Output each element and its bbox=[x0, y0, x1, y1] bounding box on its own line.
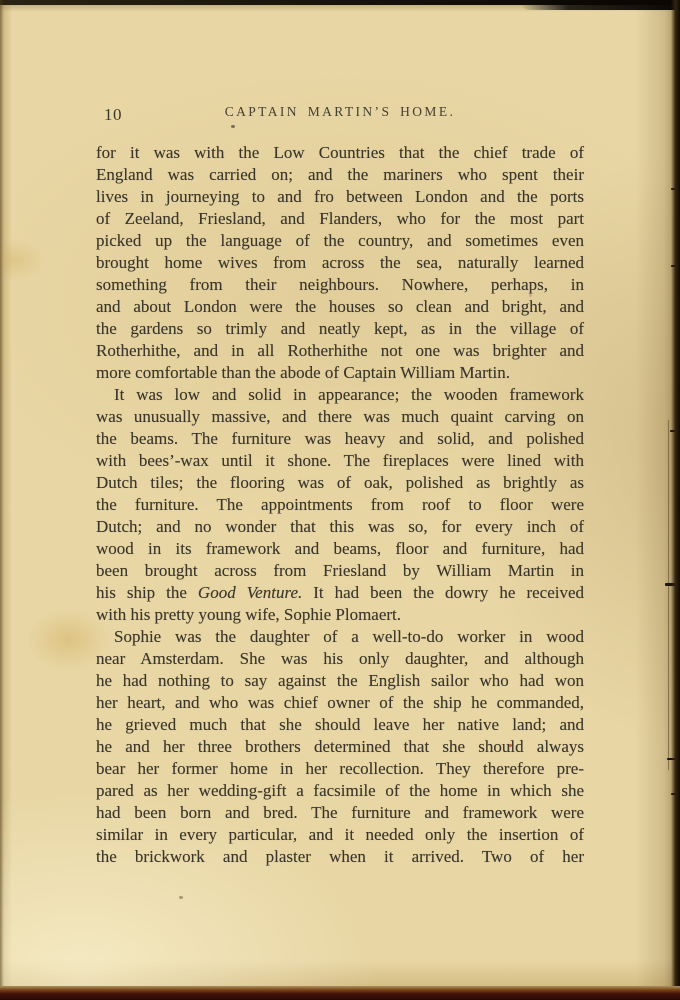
paper-speck bbox=[179, 896, 183, 899]
text-line: bear her former home in her recollection… bbox=[96, 758, 584, 780]
text-line: lives in journeying to and fro between L… bbox=[96, 186, 584, 208]
text-line: near Amsterdam. She was his only daughte… bbox=[96, 648, 584, 670]
text-line: Dutch; and no wonder that this was so, f… bbox=[96, 516, 584, 538]
text-line: It was low and solid in appearance; the … bbox=[96, 384, 584, 406]
text-line: Rotherhithe, and in all Rotherhithe not … bbox=[96, 340, 584, 362]
text-line: brought home wives from across the sea, … bbox=[96, 252, 584, 274]
text-line: he and her three brothers determined tha… bbox=[96, 736, 584, 758]
text-line: with bees’-wax until it shone. The firep… bbox=[96, 450, 584, 472]
text-line: something from their neighbours. Nowhere… bbox=[96, 274, 584, 296]
page-stack-right-edge bbox=[671, 0, 680, 1000]
text-line: similar in every particular, and it need… bbox=[96, 824, 584, 846]
body-text-block: for it was with the Low Countries that t… bbox=[96, 142, 584, 868]
text-segment: his ship the bbox=[96, 583, 198, 602]
running-header-row: 10 CAPTAIN MARTIN’S HOME. bbox=[96, 104, 584, 124]
text-line: with his pretty young wife, Sophie Ploma… bbox=[96, 604, 584, 626]
text-line: he had nothing to say against the Englis… bbox=[96, 670, 584, 692]
page-crease bbox=[668, 420, 669, 770]
paper-speck bbox=[509, 744, 512, 747]
text-line: the furniture. The appointments from roo… bbox=[96, 494, 584, 516]
text-line: had been born and bred. The furniture an… bbox=[96, 802, 584, 824]
ship-name-italic: Good Venture. bbox=[198, 583, 302, 602]
text-line: Dutch tiles; the flooring was of oak, po… bbox=[96, 472, 584, 494]
text-line: more comfortable than the abode of Capta… bbox=[96, 362, 584, 384]
paper-speck bbox=[529, 294, 532, 297]
running-header: CAPTAIN MARTIN’S HOME. bbox=[96, 104, 584, 120]
text-line: was unusually massive, and there was muc… bbox=[96, 406, 584, 428]
text-line: Sophie was the daughter of a well-to-do … bbox=[96, 626, 584, 648]
text-line: of Zeeland, Friesland, and Flanders, who… bbox=[96, 208, 584, 230]
book-cover-bottom-edge bbox=[0, 986, 680, 1000]
text-line: been brought across from Friesland by Wi… bbox=[96, 560, 584, 582]
paper-speck bbox=[231, 125, 235, 128]
text-line: picked up the language of the country, a… bbox=[96, 230, 584, 252]
page-left-edge-shadow bbox=[0, 0, 4, 1000]
text-line: and about London were the houses so clea… bbox=[96, 296, 584, 318]
text-line: the brickwork and plaster when it arrive… bbox=[96, 846, 584, 868]
text-line: pared as her wedding-gift a facsimile of… bbox=[96, 780, 584, 802]
text-line: he grieved much that she should leave he… bbox=[96, 714, 584, 736]
text-line: the beams. The furniture was heavy and s… bbox=[96, 428, 584, 450]
text-segment: It had been the dowry he received bbox=[302, 583, 584, 602]
page-number: 10 bbox=[104, 105, 122, 125]
text-line: her heart, and who was chief owner of th… bbox=[96, 692, 584, 714]
text-line: wood in its framework and beams, floor a… bbox=[96, 538, 584, 560]
scan-top-corner-shadow bbox=[520, 0, 680, 10]
text-line: England was carried on; and the mariners… bbox=[96, 164, 584, 186]
text-line: for it was with the Low Countries that t… bbox=[96, 142, 584, 164]
text-line: his ship the Good Venture. It had been t… bbox=[96, 582, 584, 604]
text-line: the gardens so trimly and neatly kept, a… bbox=[96, 318, 584, 340]
